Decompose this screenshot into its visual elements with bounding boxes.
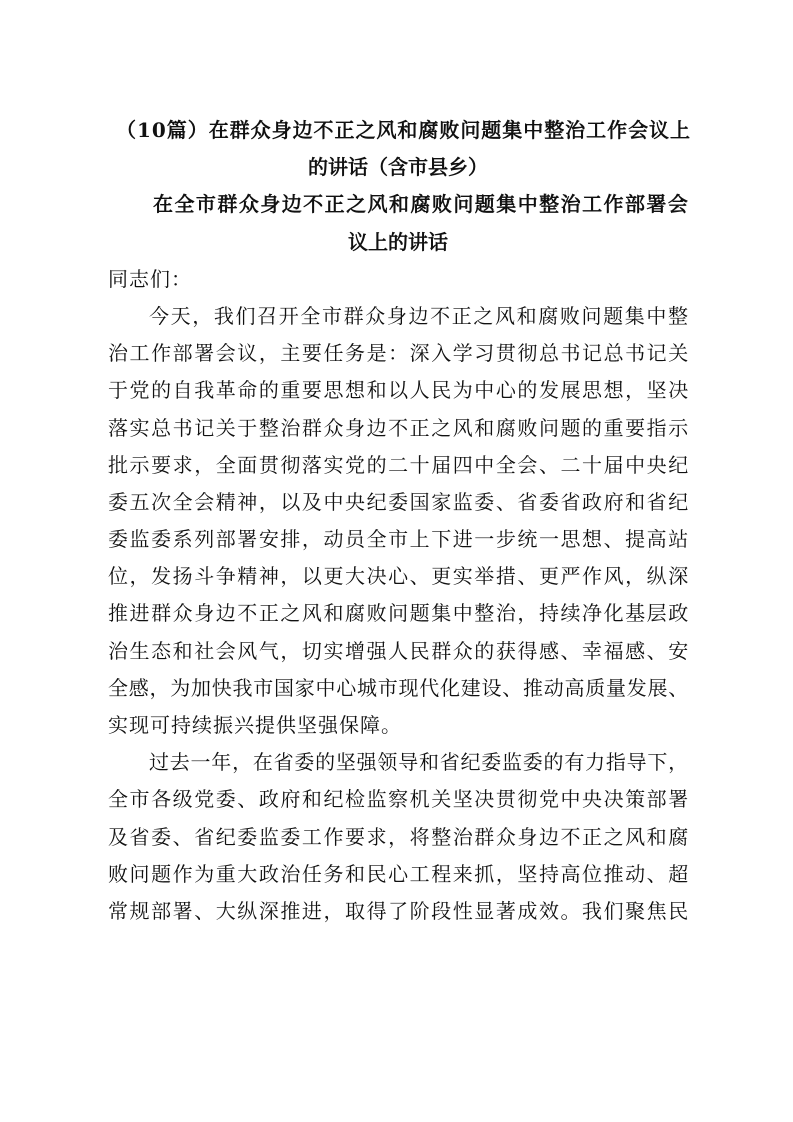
paragraph-line: 委 监 委 系 列 部 署 安 排 ， 动 员 全 市 上 下 进 一 步 统 … (108, 521, 688, 558)
paragraph-line: 全 市 各 级 党 委 、 政 府 和 纪 检 监 察 机 关 坚 决 贯 彻 … (108, 781, 688, 818)
paragraph-line: 于 党 的 自 我 革 命 的 重 要 思 想 和 以 人 民 为 中 心 的 … (108, 372, 688, 409)
paragraph-line: 过 去 一 年 ， 在 省 委 的 坚 强 领 导 和 省 纪 委 监 委 的 … (108, 744, 688, 781)
paragraph-line: 常 规 部 署 、 大 纵 深 推 进 ， 取 得 了 阶 段 性 显 著 成 … (108, 893, 688, 930)
paragraph-line: 推 进 群 众 身 边 不 正 之 风 和 腐 败 问 题 集 中 整 治 ， … (108, 595, 688, 632)
speech-title-line-2: 议上的讲话 (108, 224, 688, 261)
paragraph-line: 落 实 总 书 记 关 于 整 治 群 众 身 边 不 正 之 风 和 腐 败 … (108, 410, 688, 447)
document-title-line-2: 的讲话（含市县乡） (108, 149, 688, 186)
paragraph-line: 全 感 ， 为 加 快 我 市 国 家 中 心 城 市 现 代 化 建 设 、 … (108, 670, 688, 707)
paragraph-line: 实现可持续振兴提供坚强保障。 (108, 707, 688, 744)
paragraph-2: 过 去 一 年 ， 在 省 委 的 坚 强 领 导 和 省 纪 委 监 委 的 … (108, 744, 688, 930)
paragraph-line: 及 省 委 、 省 纪 委 监 委 工 作 要 求 ， 将 整 治 群 众 身 … (108, 819, 688, 856)
paragraph-line: 位 ， 发 扬 斗 争 精 神 ， 以 更 大 决 心 、 更 实 举 措 、 … (108, 558, 688, 595)
paragraph-line: 今 天 ， 我 们 召 开 全 市 群 众 身 边 不 正 之 风 和 腐 败 … (108, 298, 688, 335)
paragraph-line: 批 示 要 求 ， 全 面 贯 彻 落 实 党 的 二 十 届 四 中 全 会 … (108, 447, 688, 484)
paragraph-line: 治 工 作 部 署 会 议 ， 主 要 任 务 是 ： 深 入 学 习 贯 彻 … (108, 335, 688, 372)
salutation: 同志们： (108, 261, 688, 298)
paragraph-1: 今 天 ， 我 们 召 开 全 市 群 众 身 边 不 正 之 风 和 腐 败 … (108, 298, 688, 744)
paragraph-line: 治 生 态 和 社 会 风 气 ， 切 实 增 强 人 民 群 众 的 获 得 … (108, 633, 688, 670)
document-title-line-1: （ 1 0 篇 ） 在 群 众 身 边 不 正 之 风 和 腐 败 问 题 集 … (116, 112, 688, 149)
paragraph-line: 委 五 次 全 会 精 神 ， 以 及 中 央 纪 委 国 家 监 委 、 省 … (108, 484, 688, 521)
speech-title-line-1: 在 全 市 群 众 身 边 不 正 之 风 和 腐 败 问 题 集 中 整 治 … (153, 186, 688, 223)
paragraph-line: 败 问 题 作 为 重 大 政 治 任 务 和 民 心 工 程 来 抓 ， 坚 … (108, 856, 688, 893)
document-page: （ 1 0 篇 ） 在 群 众 身 边 不 正 之 风 和 腐 败 问 题 集 … (108, 112, 688, 930)
